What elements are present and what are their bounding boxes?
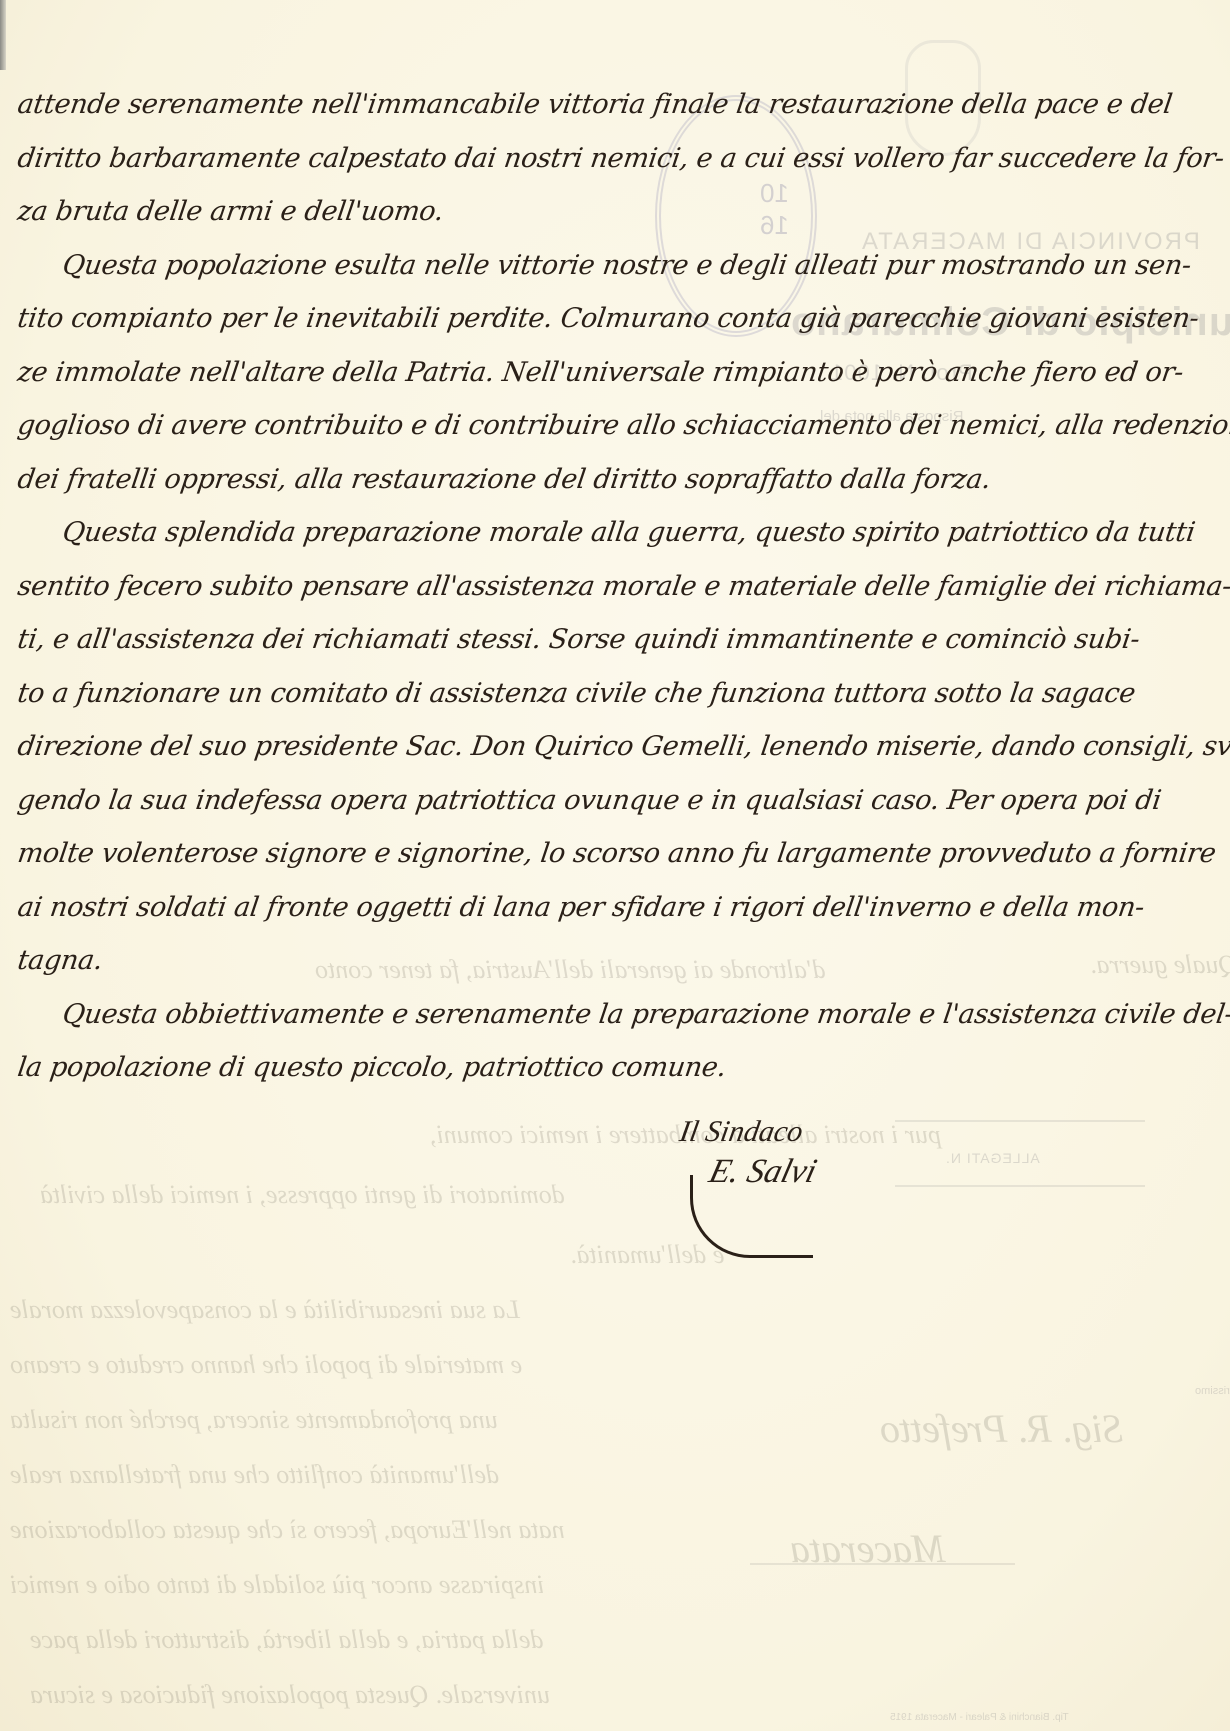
letter-line: ti, e all'assistenza dei richiamati stes…: [14, 613, 1227, 667]
letter-line: molte volenterose signore e signorine, l…: [14, 827, 1227, 881]
letter-line: dei fratelli oppressi, alla restaurazion…: [14, 453, 1227, 507]
letter-line: sentito fecero subito pensare all'assist…: [14, 560, 1227, 614]
reverse-line: La sua inesauribilità e la consapevolezz…: [10, 1295, 520, 1325]
letter-line: attende serenamente nell'immancabile vit…: [14, 78, 1227, 132]
signature-block: Il Sindaco E. Salvi: [680, 1115, 816, 1191]
letterhead-attachments: ALLEGATI N.: [945, 1150, 1040, 1166]
letter-body: attende serenamente nell'immancabile vit…: [14, 78, 1219, 1095]
addressee-title: Sig. R. Prefetto: [880, 1405, 1123, 1452]
reverse-line: nata nell'Europa, fecero sì che questa c…: [10, 1515, 565, 1545]
letter-line: tito compianto per le inevitabili perdit…: [14, 292, 1227, 346]
letter-line: tagna.: [14, 934, 1227, 988]
letter-line: ai nostri soldati al fronte oggetti di l…: [14, 881, 1227, 935]
letter-line: la popolazione di questo piccolo, patrio…: [14, 1041, 1227, 1095]
rule-show-through: [895, 1185, 1145, 1187]
signature-title: Il Sindaco: [677, 1115, 819, 1149]
rule-show-through: [750, 1563, 1015, 1565]
letter-line: diritto barbaramente calpestato dai nost…: [14, 132, 1227, 186]
addressee-salutation: Illustrissimo: [1195, 1385, 1230, 1397]
reverse-line: e materiale di popoli che hanno creduto …: [10, 1350, 522, 1380]
reverse-line: dominatori di genti oppresse, i nemici d…: [40, 1180, 565, 1210]
letter-line: ze immolate nell'altare della Patria. Ne…: [14, 346, 1227, 400]
reverse-line: dell'umanità conflitto che una fratellan…: [10, 1460, 499, 1490]
reverse-line: della patria, e della libertà, distrutto…: [30, 1625, 543, 1655]
scan-edge-shadow: [0, 0, 6, 70]
reverse-line: una profondamente sincera, perché non ri…: [10, 1405, 498, 1435]
letter-line: direzione del suo presidente Sac. Don Qu…: [14, 720, 1227, 774]
paragraph-start-line: Questa obbiettivamente e serenamente la …: [14, 988, 1227, 1042]
reverse-line: inspirasse ancor più solidale di tanto o…: [10, 1570, 544, 1600]
paragraph-start-line: Questa popolazione esulta nelle vittorie…: [14, 239, 1227, 293]
printer-mark: Tip. Bianchini & Paleari - Macerata 1915: [890, 1712, 1069, 1723]
reverse-line: e dell'umanità.: [570, 1240, 724, 1270]
letter-line: za bruta delle armi e dell'uomo.: [14, 185, 1227, 239]
paragraph-start-line: Questa splendida preparazione morale all…: [14, 506, 1227, 560]
letter-line: to a funzionare un comitato di assistenz…: [14, 667, 1227, 721]
letter-line: gendo la sua indefessa opera patriottica…: [14, 774, 1227, 828]
letter-line: goglioso di avere contribuito e di contr…: [14, 399, 1227, 453]
reverse-line: universale. Questa popolazione fiduciosa…: [30, 1680, 550, 1710]
